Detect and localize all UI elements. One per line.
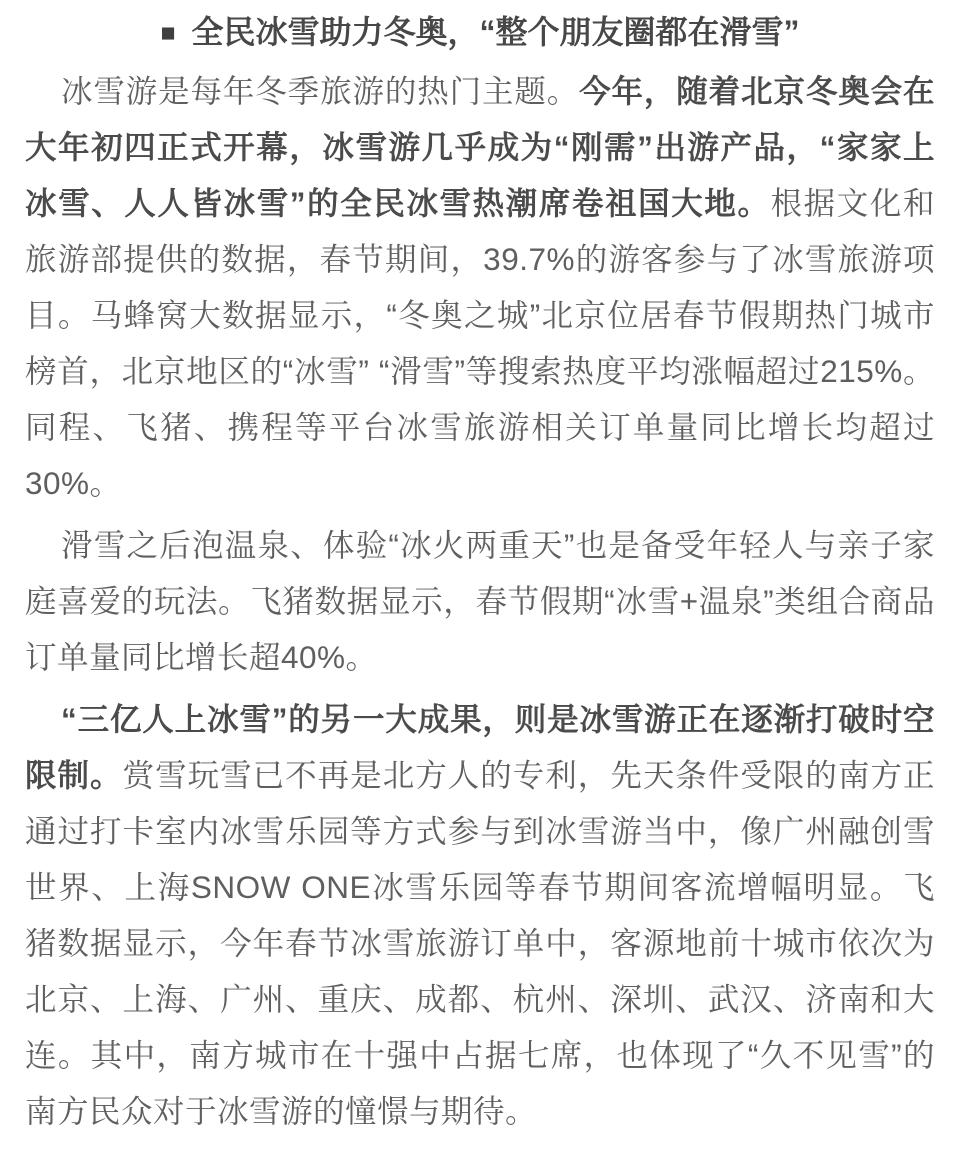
text-segment: 根据文化和旅游部提供的数据，春节期间，39.7%的游客参与了冰雪旅游项目。马蜂窝… <box>25 185 935 501</box>
article-paragraph: 冰雪游是每年冬季旅游的热门主题。今年，随着北京冬奥会在大年初四正式开幕，冰雪游几… <box>25 63 935 511</box>
square-bullet-icon: ■ <box>160 5 175 61</box>
text-segment: 滑雪之后泡温泉、体验“冰火两重天”也是备受年轻人与亲子家庭喜爱的玩法。飞猪数据显… <box>25 527 935 675</box>
article: ■全民冰雪助力冬奥，“整个朋友圈都在滑雪” 冰雪游是每年冬季旅游的热门主题。今年… <box>0 0 962 1153</box>
article-title-text: 全民冰雪助力冬奥，“整个朋友圈都在滑雪” <box>192 14 800 50</box>
article-body: 冰雪游是每年冬季旅游的热门主题。今年，随着北京冬奥会在大年初四正式开幕，冰雪游几… <box>25 63 935 1139</box>
article-paragraph: 滑雪之后泡温泉、体验“冰火两重天”也是备受年轻人与亲子家庭喜爱的玩法。飞猪数据显… <box>25 517 935 685</box>
text-segment: 赏雪玩雪已不再是北方人的专利，先天条件受限的南方正通过打卡室内冰雪乐园等方式参与… <box>25 757 935 1129</box>
article-paragraph: “三亿人上冰雪”的另一大成果，则是冰雪游正在逐渐打破时空限制。赏雪玩雪已不再是北… <box>25 691 935 1139</box>
article-title: ■全民冰雪助力冬奥，“整个朋友圈都在滑雪” <box>25 4 935 61</box>
text-segment: 冰雪游是每年冬季旅游的热门主题。 <box>61 73 579 109</box>
